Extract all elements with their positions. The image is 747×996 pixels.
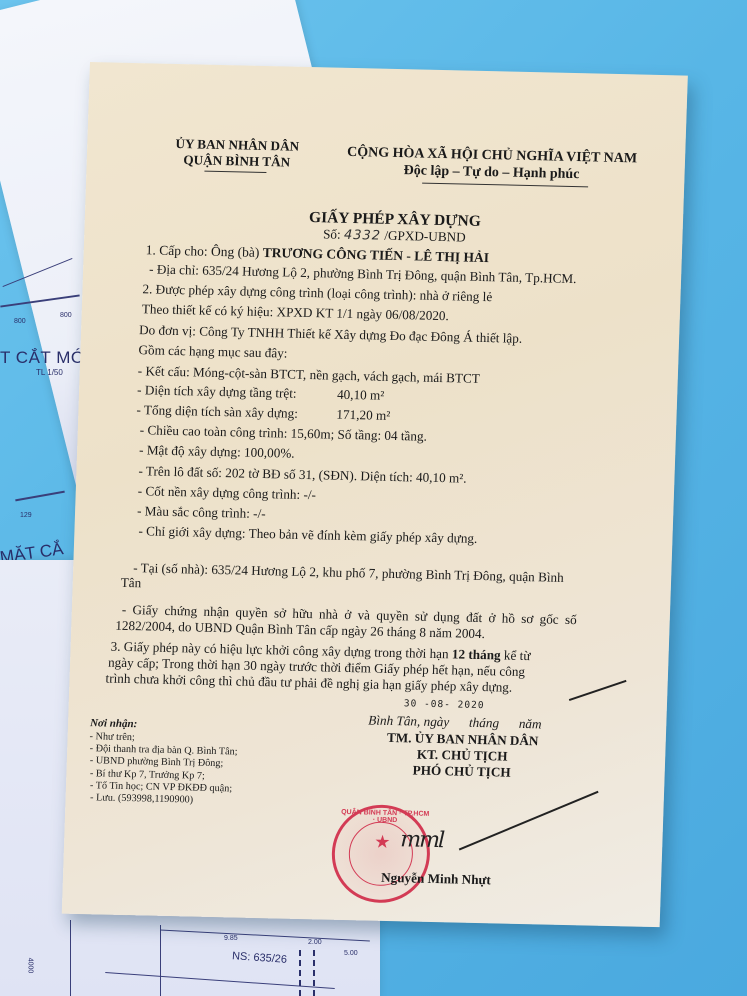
location-line1: - Tại (số nhà): 635/24 Hương Lộ 2, khu p… bbox=[133, 561, 564, 584]
permit-item-value: 40,10 m² bbox=[337, 388, 385, 402]
permit-item: - Tổng diện tích sàn xây dựng:171,20 m² bbox=[136, 403, 298, 420]
permit-item: - Mật độ xây dựng: 100,00%. bbox=[139, 443, 295, 460]
blueprint-dim: 800 bbox=[60, 312, 72, 319]
signature-stroke bbox=[459, 791, 599, 850]
signatory-line1: TM. ỦY BAN NHÂN DÂN bbox=[348, 730, 578, 748]
authority-name-line1: ỦY BAN NHÂN DÂN bbox=[147, 136, 327, 153]
permit-item-label: - Chỉ giới xây dựng: Theo bản vẽ đính kè… bbox=[138, 523, 477, 546]
permit-item-label: - Diện tích xây dựng tầng trệt: bbox=[137, 382, 297, 401]
blueprint-line bbox=[15, 491, 65, 502]
permit-item-label: - Tổng diện tích sàn xây dựng: bbox=[136, 402, 298, 421]
section1-label: 1. Cấp cho: Ông (bà) bbox=[146, 242, 260, 260]
section1-address: - Địa chỉ: 635/24 Hương Lộ 2, phường Bìn… bbox=[149, 262, 577, 285]
permit-number-prefix: Số: bbox=[323, 226, 341, 241]
signatory-line2: KT. CHỦ TỊCH bbox=[347, 746, 577, 764]
permit-item: - Cốt nền xây dựng công trình: -/- bbox=[138, 484, 317, 501]
recipients-list: Nơi nhận: - Như trên;- Đội thanh tra địa… bbox=[90, 62, 688, 76]
authority-name-line2: QUẬN BÌNH TÂN bbox=[147, 152, 327, 169]
signatory-line3: PHÓ CHỦ TỊCH bbox=[346, 762, 576, 780]
recipients-title: Nơi nhận: bbox=[90, 718, 138, 730]
signatory-name: Nguyễn Minh Nhựt bbox=[381, 871, 491, 887]
permit-item: - Chiều cao toàn công trình: 15,60m; Số … bbox=[140, 423, 428, 443]
building-permit-document: ỦY BAN NHÂN DÂN QUẬN BÌNH TÂN CỘNG HÒA X… bbox=[62, 62, 688, 927]
permit-item-label: - Màu sắc công trình: -/- bbox=[137, 503, 266, 521]
national-motto: Độc lập – Tự do – Hạnh phúc bbox=[336, 163, 646, 184]
blueprint-dim: 5.00 bbox=[344, 950, 358, 957]
location-line2: Tân bbox=[121, 576, 142, 590]
blueprint-dim: 9.85 bbox=[224, 935, 238, 942]
section2-design-unit: Do đơn vị: Công Ty TNHH Thiết kế Xây dựn… bbox=[139, 323, 522, 345]
recipient-item: - Như trên; bbox=[89, 732, 134, 743]
permit-item: - Chỉ giới xây dựng: Theo bản vẽ đính kè… bbox=[138, 524, 477, 545]
blueprint-scale: TL 1/50 bbox=[36, 368, 63, 377]
blueprint-dashed-line bbox=[299, 950, 301, 996]
star-icon: ★ bbox=[374, 833, 391, 851]
recipient-item: - Lưu. (593998,1190900) bbox=[90, 793, 193, 806]
permit-item-label: - Trên lô đất số: 202 tờ BĐ số 31, (SĐN)… bbox=[138, 463, 467, 485]
permit-item: - Kết cấu: Móng-cột-sàn BTCT, nền gạch, … bbox=[138, 364, 481, 385]
official-seal: QUẬN BÌNH TÂN · TP.HCM · UBND ★ bbox=[330, 804, 431, 904]
permit-items-list: - Kết cấu: Móng-cột-sàn BTCT, nền gạch, … bbox=[90, 62, 688, 76]
place-and-date: Bình Tân, ngày tháng năm bbox=[368, 713, 542, 730]
section2-items-intro: Gồm các hạng mục sau đây: bbox=[138, 343, 287, 360]
blueprint-dim: 800 bbox=[14, 318, 26, 325]
permit-item-label: - Cốt nền xây dựng công trình: -/- bbox=[138, 483, 317, 502]
initial-stroke bbox=[569, 680, 627, 701]
header-right-underline bbox=[422, 183, 588, 188]
blueprint-line bbox=[160, 925, 161, 996]
permit-item-value: 171,20 m² bbox=[336, 408, 390, 422]
blueprint-section-title: T CẮT MÓI bbox=[0, 348, 90, 368]
signature-scribble: mml bbox=[400, 827, 444, 853]
header-left-underline bbox=[204, 171, 266, 173]
permit-item: - Màu sắc công trình: -/- bbox=[137, 504, 266, 520]
permit-holder-name: TRƯƠNG CÔNG TIẾN - LÊ THỊ HẢI bbox=[263, 245, 490, 265]
blueprint-dim: 4000 bbox=[26, 958, 33, 974]
issue-date-stamp: 30 -08- 2020 bbox=[404, 699, 485, 710]
section3-text-b: kể từ bbox=[500, 647, 530, 663]
section2-line1: 2. Được phép xây dựng công trình (loại c… bbox=[142, 282, 492, 303]
section2-design-code: Theo thiết kế có ký hiệu: XPXD KT 1/1 ng… bbox=[142, 302, 449, 322]
section1-recipient: 1. Cấp cho: Ông (bà) TRƯƠNG CÔNG TIẾN - … bbox=[146, 243, 490, 264]
blueprint-line bbox=[70, 920, 71, 996]
permit-item-label: - Mật độ xây dựng: 100,00%. bbox=[139, 442, 295, 461]
permit-number-handwritten: 4332 bbox=[344, 228, 382, 244]
blueprint-dim: 129 bbox=[20, 512, 32, 519]
validity-period: 12 tháng bbox=[452, 646, 501, 662]
permit-item: - Trên lô đất số: 202 tờ BĐ số 31, (SĐN)… bbox=[138, 464, 467, 485]
permit-item-label: - Chiều cao toàn công trình: 15,60m; Số … bbox=[140, 422, 428, 444]
permit-number-suffix: /GPXD-UBND bbox=[384, 228, 466, 245]
blueprint-dim: 2.00 bbox=[308, 939, 322, 946]
permit-item: - Diện tích xây dựng tầng trệt:40,10 m² bbox=[137, 383, 297, 400]
blueprint-dashed-line bbox=[313, 950, 315, 996]
